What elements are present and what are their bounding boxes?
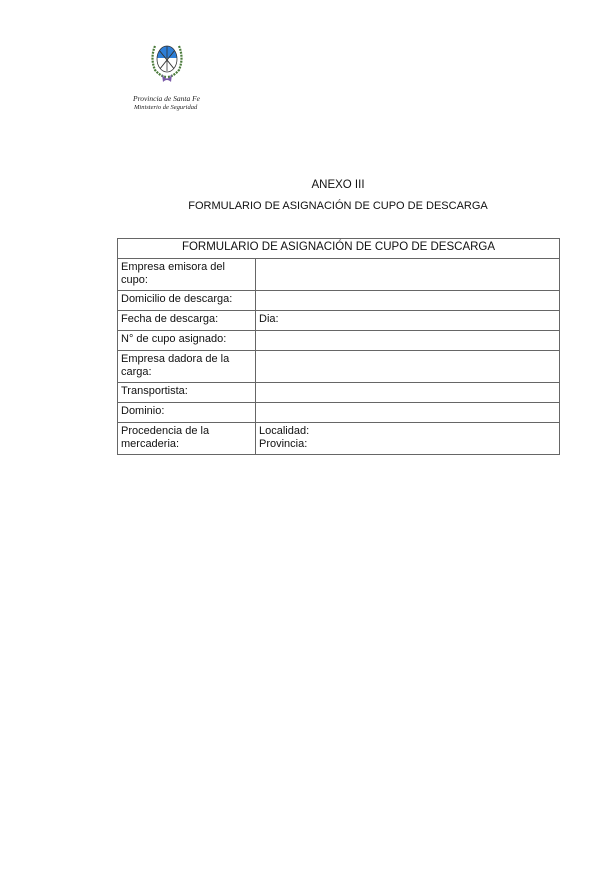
coat-of-arms-icon <box>149 38 185 84</box>
form-table-title: FORMULARIO DE ASIGNACIÓN DE CUPO DE DESC… <box>118 239 560 259</box>
document-subtitle: FORMULARIO DE ASIGNACIÓN DE CUPO DE DESC… <box>30 200 616 212</box>
quota-assignment-form: FORMULARIO DE ASIGNACIÓN DE CUPO DE DESC… <box>117 238 560 455</box>
row-label-cargo-company: Empresa dadora de la carga: <box>118 351 256 383</box>
table-row: Transportista: <box>118 383 560 403</box>
ministry-name: Ministerio de Seguridad <box>133 103 223 112</box>
field-domain[interactable] <box>256 403 560 423</box>
annex-title: ANEXO III <box>30 179 616 191</box>
row-label-issuing-company: Empresa emisora del cupo: <box>118 259 256 291</box>
field-quota-number[interactable] <box>256 331 560 351</box>
origin-province-label: Provincia: <box>259 438 556 451</box>
organization-name: Provincia de Santa Fe Ministerio de Segu… <box>133 94 223 112</box>
table-row: Fecha de descarga: Dia: <box>118 311 560 331</box>
table-row: Procedencia de la mercaderia: Localidad:… <box>118 423 560 455</box>
field-origin[interactable]: Localidad: Provincia: <box>256 423 560 455</box>
table-row: Dominio: <box>118 403 560 423</box>
row-label-origin: Procedencia de la mercaderia: <box>118 423 256 455</box>
origin-locality-label: Localidad: <box>259 425 556 438</box>
field-issuing-company[interactable] <box>256 259 560 291</box>
table-row: N° de cupo asignado: <box>118 331 560 351</box>
table-row: Empresa dadora de la carga: <box>118 351 560 383</box>
table-row: Domicilio de descarga: <box>118 291 560 311</box>
row-label-quota-number: N° de cupo asignado: <box>118 331 256 351</box>
row-label-unload-date: Fecha de descarga: <box>118 311 256 331</box>
field-carrier[interactable] <box>256 383 560 403</box>
table-row: Empresa emisora del cupo: <box>118 259 560 291</box>
field-unload-address[interactable] <box>256 291 560 311</box>
field-cargo-company[interactable] <box>256 351 560 383</box>
row-label-unload-address: Domicilio de descarga: <box>118 291 256 311</box>
province-name: Provincia de Santa Fe <box>133 94 223 103</box>
row-label-carrier: Transportista: <box>118 383 256 403</box>
field-unload-date[interactable]: Dia: <box>256 311 560 331</box>
row-label-domain: Dominio: <box>118 403 256 423</box>
document-page: Provincia de Santa Fe Ministerio de Segu… <box>0 0 616 872</box>
